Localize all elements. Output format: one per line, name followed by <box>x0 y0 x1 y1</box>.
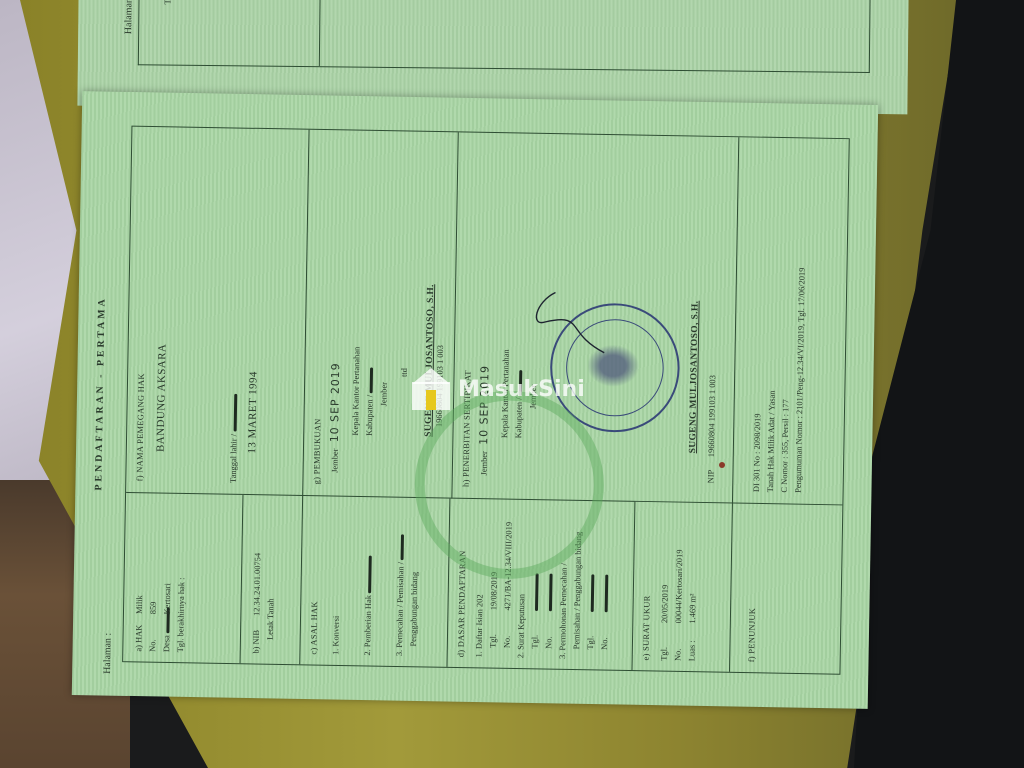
document-title: PENDAFTARAN - PERTAMA <box>90 91 111 695</box>
redaction-mark <box>233 394 237 432</box>
ttd-label: ttd <box>395 143 415 486</box>
section-nama-pemegang-hak: f) NAMA PEMEGANG HAK BANDUNG AKSARA Tang… <box>126 127 309 496</box>
upper-page-frame <box>138 0 871 73</box>
watermark: MasukSini <box>412 368 585 410</box>
section-penunjuk-label: f) PENUNJUK <box>730 504 842 674</box>
watermark-text: MasukSini <box>458 377 585 402</box>
ink-dot <box>719 462 725 468</box>
hak-value: Milik <box>132 595 146 614</box>
redaction-mark <box>369 367 372 393</box>
redaction-mark <box>590 574 594 612</box>
holder-name: BANDUNG AKSARA <box>155 139 172 452</box>
house-logo-icon <box>412 368 450 410</box>
surat-ukur-date: 20/05/2019 <box>659 585 670 624</box>
pembukuan-date: 10 SEP 2019 <box>328 362 342 442</box>
birth-date: 13 MARET 1994 <box>246 141 263 454</box>
redaction-mark <box>400 534 403 560</box>
desa-value: Kertosari <box>160 583 174 615</box>
upper-page-halaman: Halaman : <box>123 0 134 34</box>
penerbitan-signer: SUGENG MULJOSANTOSO, S.H. <box>688 301 701 454</box>
redaction-mark <box>604 575 608 613</box>
surat-ukur-number: 00044/Kertosari/2019 <box>673 549 684 623</box>
section-surat-ukur: e) SURAT UKUR Tgl.20/05/2019 No.00044/Ke… <box>632 502 732 672</box>
signature <box>524 282 615 363</box>
redaction-mark <box>548 574 552 612</box>
land-area: 1.469 m² <box>687 593 697 623</box>
halaman-label: Halaman : <box>102 633 114 674</box>
redaction-mark <box>368 555 372 593</box>
section-penunjuk: DI 301 No : 2098/2019 Tanah Hak Milik Ad… <box>733 137 849 505</box>
penerbitan-nip: 19660804 199103 1 003 <box>706 375 717 457</box>
section-hak: a) HAKMilik No.859 Desa Kertosari Tgl. b… <box>123 493 243 663</box>
hak-number: 859 <box>146 601 160 614</box>
section-nib: b) NIB12.34.24.01.00754 Letak Tanah <box>241 495 304 664</box>
nib-value: 12.34.24.01.00754 <box>249 553 264 616</box>
redaction-mark <box>535 573 539 611</box>
